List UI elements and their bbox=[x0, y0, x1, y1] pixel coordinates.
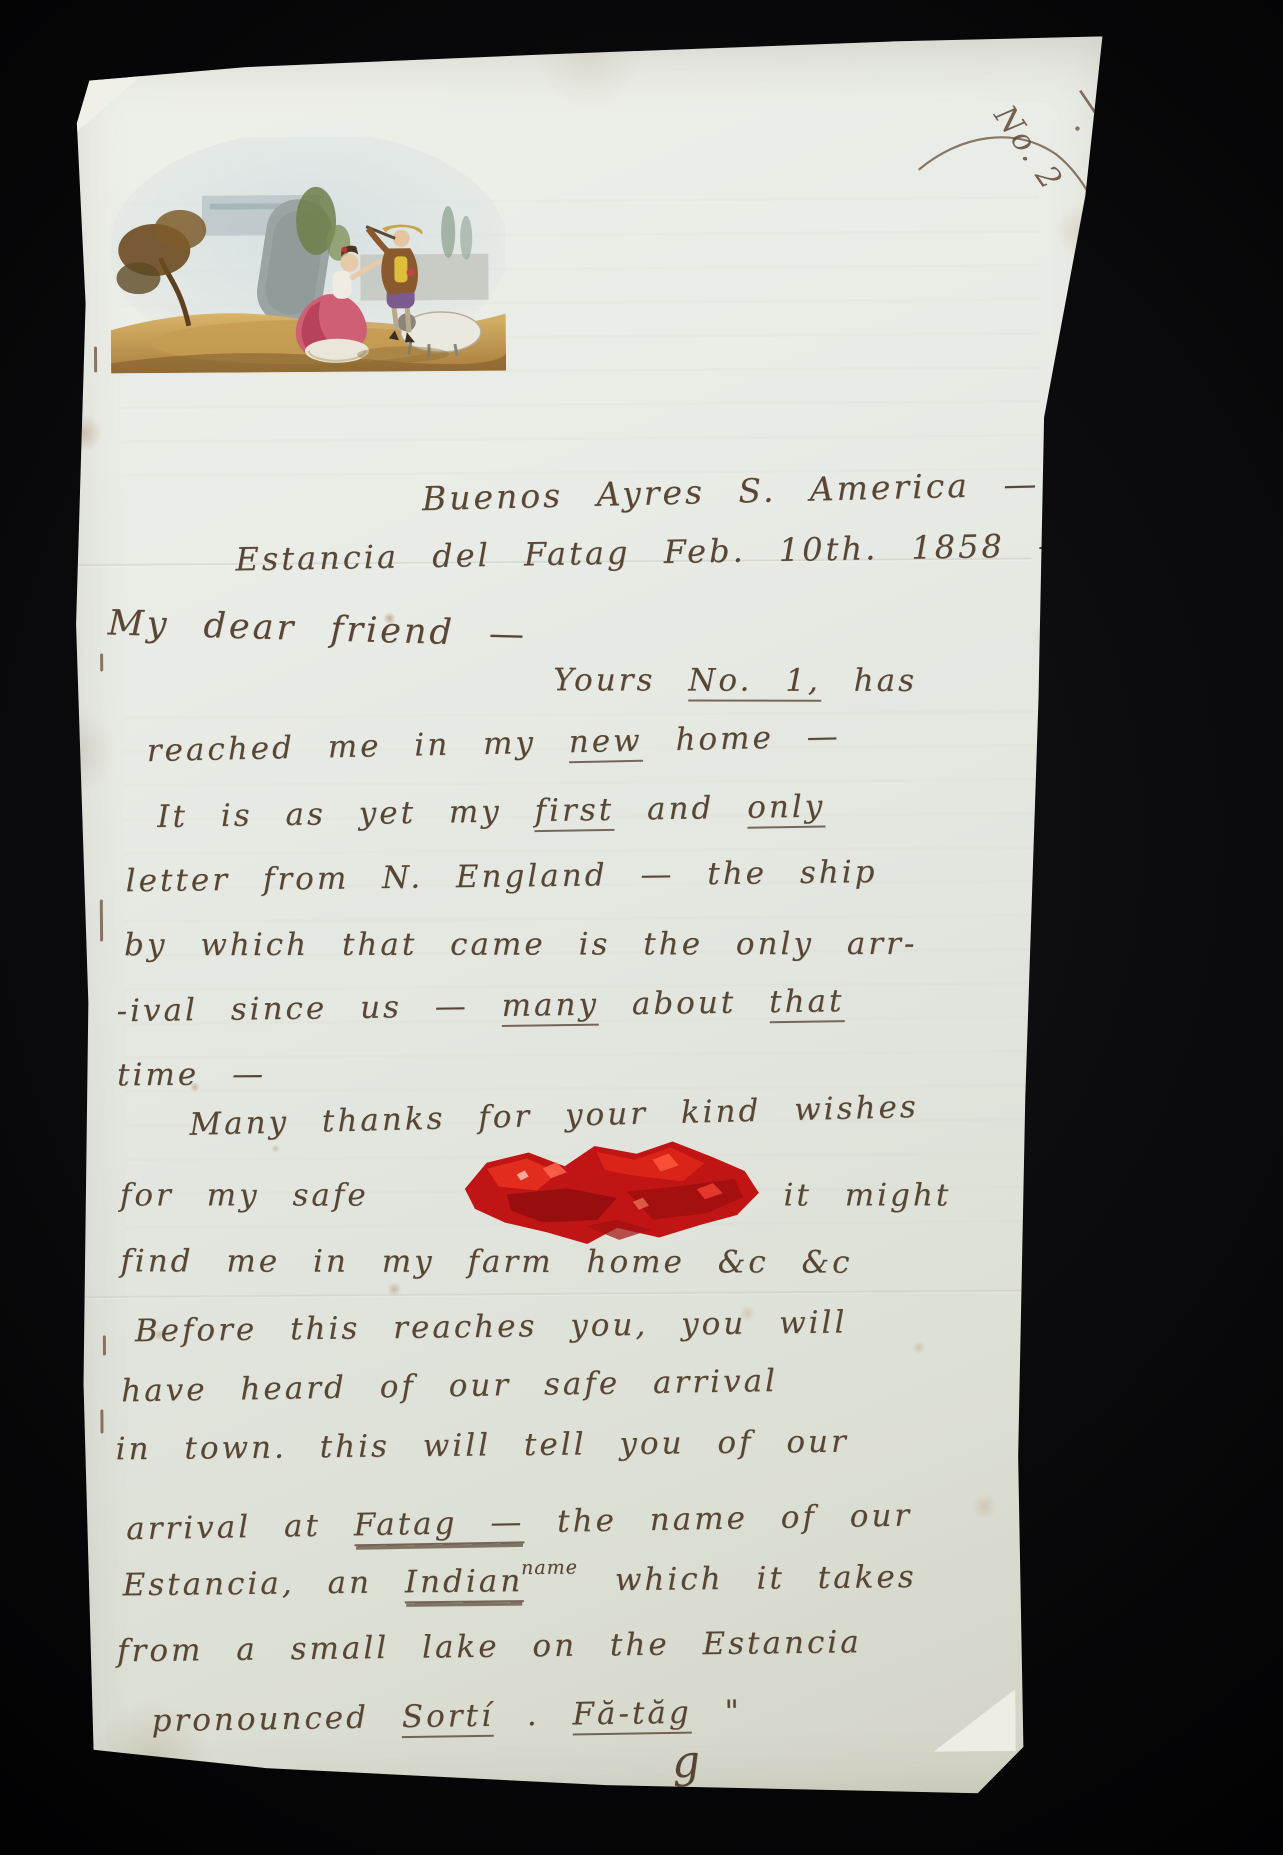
foxing-stains bbox=[54, 36, 1136, 1813]
top-left-fold bbox=[72, 73, 144, 136]
letter-line: Before this reaches you, you will bbox=[135, 1305, 848, 1350]
letter-flourish: g bbox=[670, 1736, 704, 1789]
letter-paper: No. 2 Buenos Ayres S. America — Estancia… bbox=[54, 36, 1136, 1813]
fold-crease bbox=[84, 1289, 1036, 1300]
photograph-backdrop: No. 2 Buenos Ayres S. America — Estancia… bbox=[0, 0, 1283, 1855]
ink-showthrough bbox=[123, 709, 1047, 1246]
letter-line: find me in my farm home &c &c bbox=[120, 1243, 852, 1280]
letter-line: It is as yet my first and only bbox=[157, 789, 826, 835]
page-number-annotation: No. 2 bbox=[987, 99, 1070, 197]
letter-line: from a small lake on the Estancia bbox=[117, 1624, 862, 1669]
binding-stitch bbox=[94, 346, 97, 372]
letter-line: reached me in my new home — bbox=[146, 719, 841, 770]
binding-stitch bbox=[100, 653, 103, 671]
letter-line: arrival at Fatag — the name of our bbox=[126, 1498, 913, 1548]
letter-line: letter from N. England — the ship bbox=[125, 854, 877, 899]
letter-line: pronounced Sortí . Fă-tăg " bbox=[151, 1694, 742, 1739]
binding-stitch bbox=[103, 1335, 106, 1355]
heading-date-line: Estancia del Fatag Feb. 10th. 1858 — bbox=[235, 526, 1073, 579]
letter-line: have heard of our safe arrival bbox=[121, 1363, 778, 1409]
heading-place-line: Buenos Ayres S. America — bbox=[422, 464, 1040, 518]
letter-line: Estancia, an Indianname which it takes bbox=[122, 1559, 916, 1603]
letter-line: in town. this will tell you of our bbox=[115, 1424, 849, 1468]
salutation: My dear friend — bbox=[107, 603, 527, 655]
letter-line: by which that came is the only arr- bbox=[124, 926, 917, 963]
letter-line: Yours No. 1, has bbox=[553, 662, 917, 699]
letter-line: Many thanks for your kind wishes bbox=[189, 1089, 919, 1143]
ink-showthrough bbox=[119, 196, 1041, 486]
letter-line: -ival since us — many about that bbox=[116, 983, 844, 1029]
letter-line: for my safel. that it might bbox=[120, 1177, 951, 1213]
pastoral-vignette bbox=[109, 136, 506, 374]
binding-stitch bbox=[100, 1409, 103, 1433]
binding-stitch bbox=[100, 899, 103, 941]
letter-line: time — bbox=[117, 1056, 266, 1093]
bottom-right-dogear bbox=[933, 1689, 1015, 1752]
